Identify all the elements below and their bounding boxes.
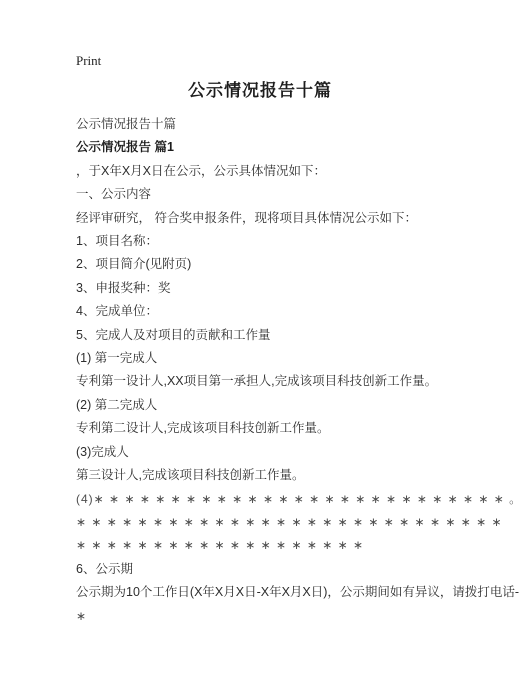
paragraph-review: 经评审研究， 符合奖申报条件，现将项目具体情况公示如下： <box>76 207 444 230</box>
item-completion-unit: 4、完成单位： <box>76 300 444 323</box>
item-second-completer: (2) 第二完成人 <box>76 394 444 417</box>
paragraph-publicity-period-desc: 公示期为10个工作日(X年X月X日-X年X月X日)，公示期间如有异议，请拨打电话… <box>76 581 444 604</box>
item-project-intro: 2、项目简介(见附页) <box>76 253 444 276</box>
paragraph-first-completer-desc: 专利第一设计人,XX项目第一承担人,完成该项目科技创新工作量。 <box>76 370 444 393</box>
dots-row-2: ∗ ∗ ∗ ∗ ∗ ∗ ∗ ∗ ∗ ∗ ∗ ∗ ∗ ∗ ∗ ∗ ∗ ∗ ∗ ∗ … <box>76 511 444 534</box>
dots-end: ∗ <box>76 605 444 628</box>
document-page: Print 公示情况报告十篇 公示情况报告十篇 公示情况报告 篇1 ，于X年X月… <box>0 0 520 673</box>
item-first-completer: (1) 第一完成人 <box>76 347 444 370</box>
item-third-completer: (3)完成人 <box>76 441 444 464</box>
print-button[interactable]: Print <box>76 53 101 69</box>
paragraph-second-completer-desc: 专利第二设计人,完成该项目科技创新工作量。 <box>76 417 444 440</box>
doc-subtitle: 公示情况报告十篇 <box>76 113 444 136</box>
page-title: 公示情况报告十篇 <box>76 79 444 103</box>
dots-row-1: (4)∗ ∗ ∗ ∗ ∗ ∗ ∗ ∗ ∗ ∗ ∗ ∗ ∗ ∗ ∗ ∗ ∗ ∗ ∗… <box>76 488 444 511</box>
item-publicity-period: 6、公示期 <box>76 558 444 581</box>
heading-publicity-content: 一、公示内容 <box>76 183 444 206</box>
dots-row-3: ∗ ∗ ∗ ∗ ∗ ∗ ∗ ∗ ∗ ∗ ∗ ∗ ∗ ∗ ∗ ∗ ∗ ∗ ∗ <box>76 534 444 557</box>
section-heading-part1: 公示情况报告 篇1 <box>76 136 444 159</box>
item-project-name: 1、项目名称： <box>76 230 444 253</box>
item-contributors: 5、完成人及对项目的贡献和工作量 <box>76 324 444 347</box>
paragraph-intro: ，于X年X月X日在公示，公示具体情况如下： <box>76 160 444 183</box>
item-award-type: 3、申报奖种：奖 <box>76 277 444 300</box>
paragraph-third-completer-desc: 第三设计人,完成该项目科技创新工作量。 <box>76 464 444 487</box>
